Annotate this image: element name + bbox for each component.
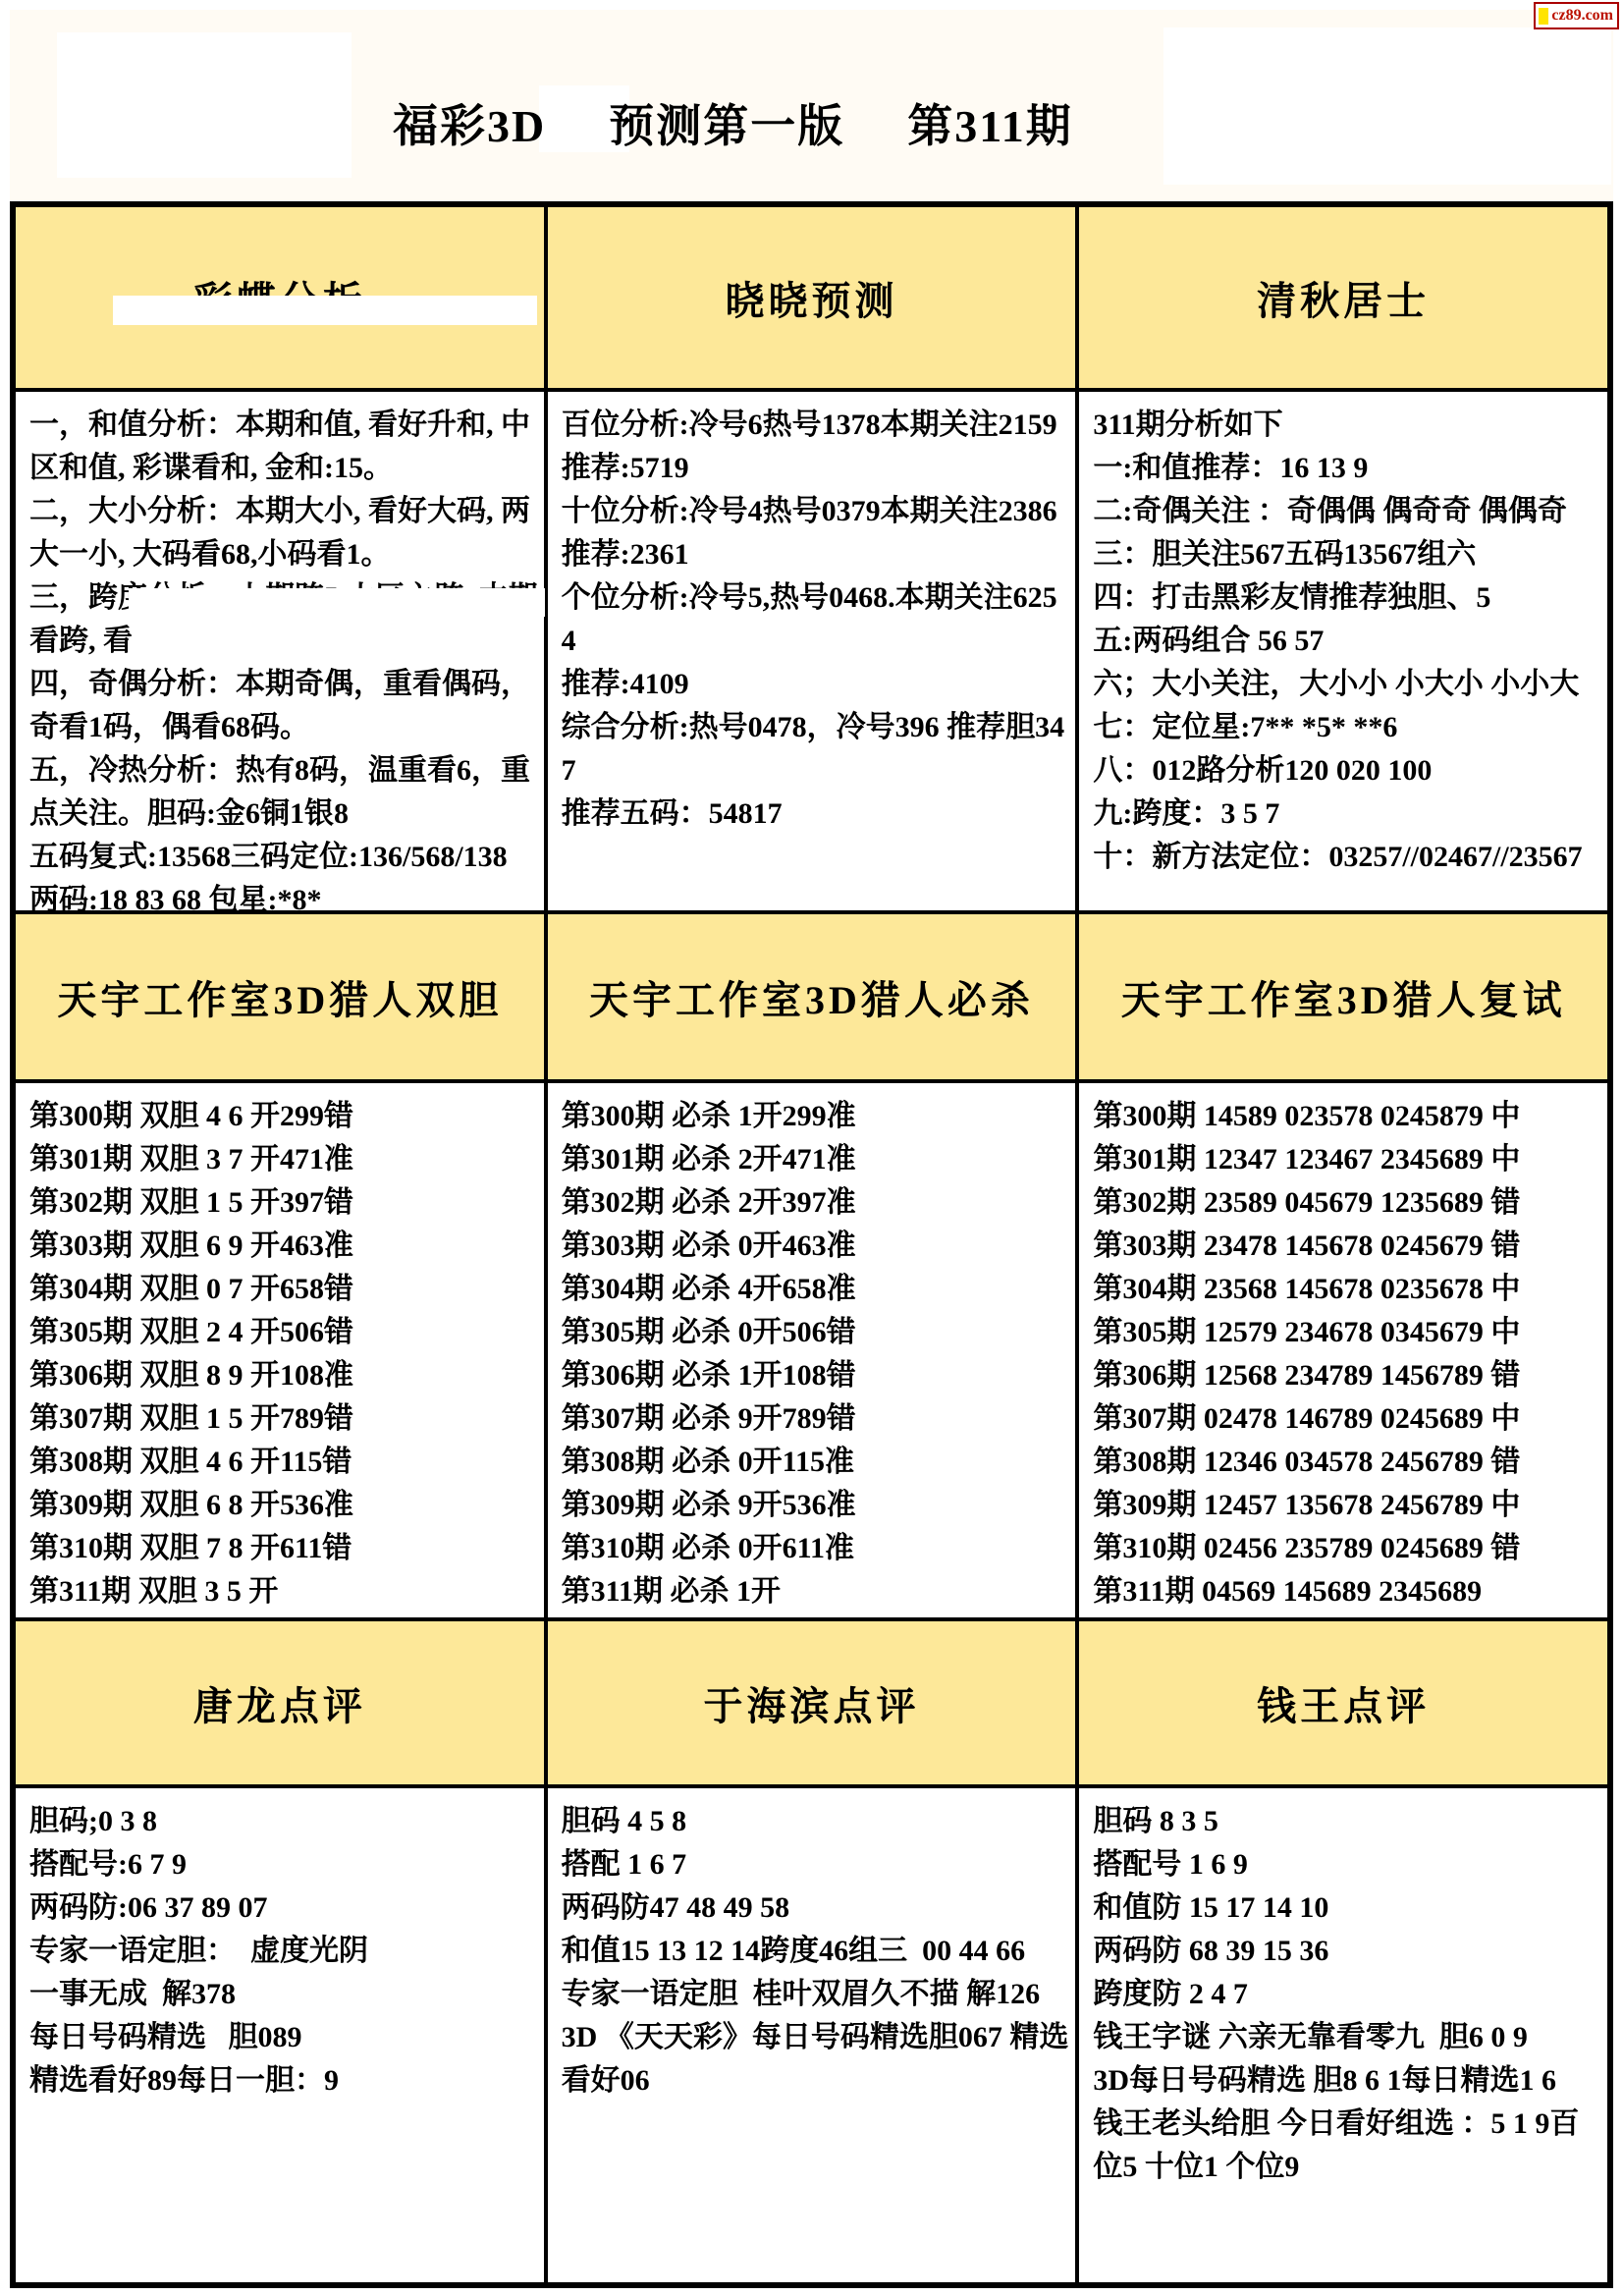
header-xiaoxiao-forecast: 晓晓预测 bbox=[548, 207, 1076, 388]
watermark-yellow-square bbox=[1539, 8, 1548, 25]
header-qianwang-comment-label: 钱王点评 bbox=[1257, 1675, 1430, 1731]
title-lottery-name: 福彩3D bbox=[393, 90, 546, 155]
header-tanglong-comment: 唐龙点评 bbox=[16, 1621, 544, 1784]
site-watermark: cz89.com bbox=[1534, 2, 1619, 29]
tianyu-fushi-history: 第300期 14589 023578 0245879 中 第301期 12347… bbox=[1093, 1095, 1601, 1613]
title-edition: 预测第一版 bbox=[609, 90, 844, 155]
cell-tianyu-shuangdan: 第300期 双胆 4 6 开299错 第301期 双胆 3 7 开471准 第3… bbox=[16, 1083, 544, 1617]
header-tanglong-comment-label: 唐龙点评 bbox=[193, 1675, 366, 1731]
tianyu-shuangdan-history: 第300期 双胆 4 6 开299错 第301期 双胆 3 7 开471准 第3… bbox=[29, 1095, 538, 1613]
cell-tianyu-bisha: 第300期 必杀 1开299准 第301期 必杀 2开471准 第302期 必杀… bbox=[548, 1083, 1076, 1617]
prediction-table: 彩蝶分析 晓晓预测 清秋居士 一，和值分析：本期和值, 看好升和, 中区和值, … bbox=[10, 201, 1613, 2288]
header-tianyu-shuangdan-label: 天宇工作室3D猎人双胆 bbox=[57, 969, 502, 1025]
tanglong-comment-text: 胆码;0 3 8 搭配号:6 7 9 两码防:06 37 89 07 专家一语定… bbox=[29, 1800, 538, 2103]
censor-box-content bbox=[129, 588, 545, 617]
cell-xiaoxiao-forecast: 百位分析:冷号6热号1378本期关注2159 推荐:5719 十位分析:冷号4热… bbox=[548, 392, 1076, 910]
header-tianyu-bisha: 天宇工作室3D猎人必杀 bbox=[548, 914, 1076, 1079]
watermark-text: cz89.com bbox=[1551, 7, 1613, 25]
caidie-analysis-text: 一，和值分析：本期和值, 看好升和, 中区和值, 彩谍看和, 金和:15。 二，… bbox=[29, 404, 538, 910]
header-tianyu-fushi-label: 天宇工作室3D猎人复试 bbox=[1121, 969, 1566, 1025]
header-xiaoxiao-forecast-label: 晓晓预测 bbox=[725, 270, 897, 326]
header-tianyu-bisha-label: 天宇工作室3D猎人必杀 bbox=[589, 969, 1034, 1025]
header-yuhaibin-comment-label: 于海滨点评 bbox=[703, 1675, 919, 1731]
header-qianwang-comment: 钱王点评 bbox=[1079, 1621, 1607, 1784]
qingqiu-jushi-text: 311期分析如下 一:和值推荐：16 13 9 二:奇偶关注 ：奇偶偶 偶奇奇 … bbox=[1093, 404, 1601, 879]
header-tianyu-fushi: 天宇工作室3D猎人复试 bbox=[1079, 914, 1607, 1079]
header-qingqiu-jushi-label: 清秋居士 bbox=[1257, 270, 1430, 326]
blank-patch-left bbox=[57, 32, 352, 178]
blank-patch-right bbox=[1163, 27, 1611, 185]
xiaoxiao-forecast-text: 百位分析:冷号6热号1378本期关注2159 推荐:5719 十位分析:冷号4热… bbox=[562, 404, 1070, 836]
cell-tianyu-fushi: 第300期 14589 023578 0245879 中 第301期 12347… bbox=[1079, 1083, 1607, 1617]
tianyu-bisha-history: 第300期 必杀 1开299准 第301期 必杀 2开471准 第302期 必杀… bbox=[562, 1095, 1070, 1613]
header-tianyu-shuangdan: 天宇工作室3D猎人双胆 bbox=[16, 914, 544, 1079]
title-issue-number: 第311期 bbox=[907, 90, 1072, 155]
cell-tanglong-comment: 胆码;0 3 8 搭配号:6 7 9 两码防:06 37 89 07 专家一语定… bbox=[16, 1788, 544, 2282]
yuhaibin-comment-text: 胆码 4 5 8 搭配 1 6 7 两码防47 48 49 58 和值15 13… bbox=[562, 1800, 1070, 2103]
cell-qianwang-comment: 胆码 8 3 5 搭配号 1 6 9 和值防 15 17 14 10 两码防 6… bbox=[1079, 1788, 1607, 2282]
header-yuhaibin-comment: 于海滨点评 bbox=[548, 1621, 1076, 1784]
cell-yuhaibin-comment: 胆码 4 5 8 搭配 1 6 7 两码防47 48 49 58 和值15 13… bbox=[548, 1788, 1076, 2282]
page-title: 福彩3D 预测第一版 第311期 bbox=[393, 90, 1073, 155]
qianwang-comment-text: 胆码 8 3 5 搭配号 1 6 9 和值防 15 17 14 10 两码防 6… bbox=[1093, 1800, 1601, 2189]
cell-qingqiu-jushi: 311期分析如下 一:和值推荐：16 13 9 二:奇偶关注 ：奇偶偶 偶奇奇 … bbox=[1079, 392, 1607, 910]
censor-box-header bbox=[113, 296, 537, 325]
cell-caidie-analysis: 一，和值分析：本期和值, 看好升和, 中区和值, 彩谍看和, 金和:15。 二，… bbox=[16, 392, 544, 910]
prediction-sheet-page: 福彩3D 预测第一版 第311期 cz89.com 彩蝶分析 晓晓预测 清秋居士… bbox=[0, 0, 1623, 2296]
header-qingqiu-jushi: 清秋居士 bbox=[1079, 207, 1607, 388]
